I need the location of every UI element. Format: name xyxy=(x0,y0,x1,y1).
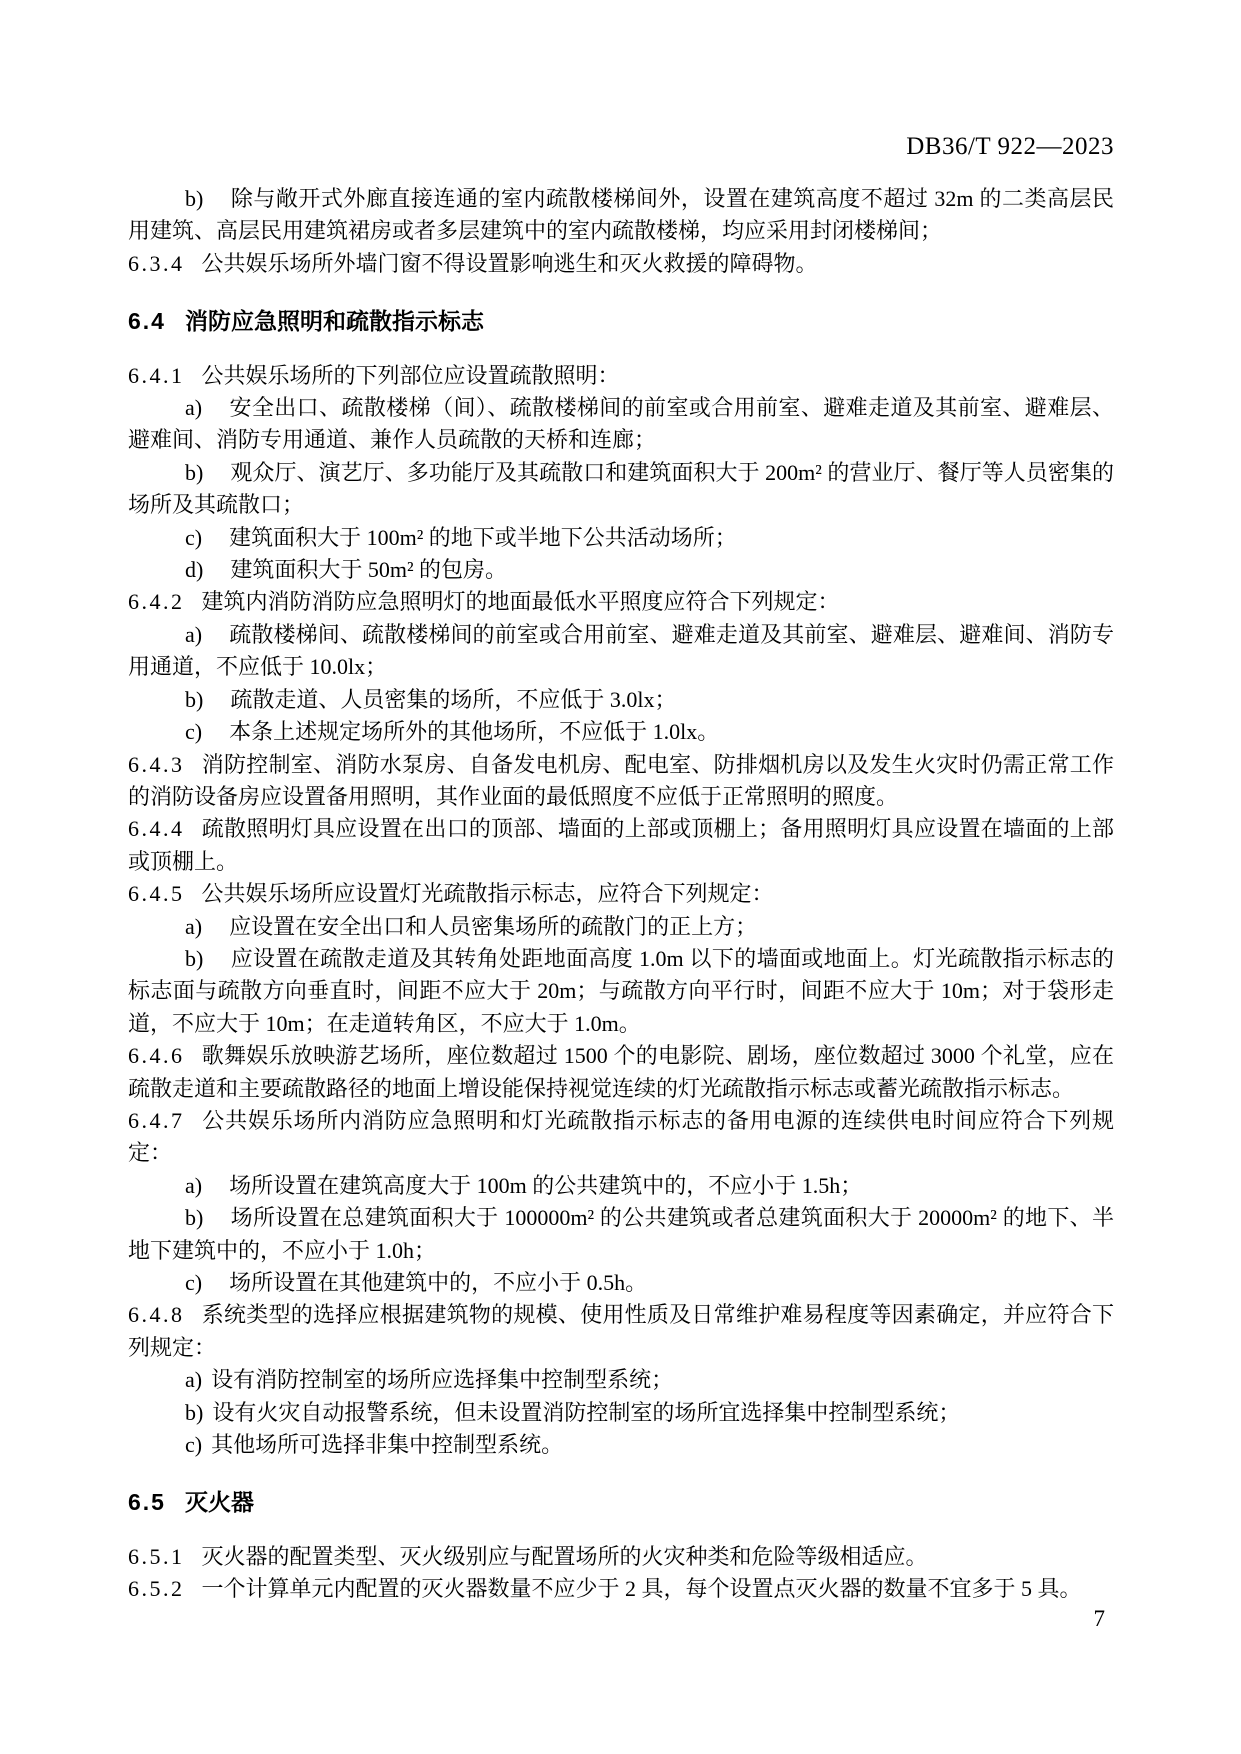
page-number: 7 xyxy=(1094,1606,1106,1632)
heading-number: 6.5 xyxy=(128,1489,166,1515)
clause-number: 6.4.7 xyxy=(128,1108,185,1133)
list-item-label: b) xyxy=(185,186,203,211)
list-item-text: 观众厅、演艺厅、多功能厅及其疏散口和建筑面积大于 200m² 的营业厅、餐厅等人… xyxy=(128,460,1114,517)
clause-number: 6.4.1 xyxy=(128,363,185,388)
clause-number: 6.4.5 xyxy=(128,881,185,906)
list-item-a-above-doors: a)应设置在安全出口和人员密集场所的疏散门的正上方； xyxy=(128,911,1114,943)
clause-text: 灭火器的配置类型、灭火级别应与配置场所的火灾种类和危险等级相适应。 xyxy=(202,1544,928,1569)
clause-6-4-2: 6.4.2建筑内消防消防应急照明灯的地面最低水平照度应符合下列规定： xyxy=(128,586,1114,618)
list-item-label: b) xyxy=(185,687,203,712)
clause-6-4-4: 6.4.4疏散照明灯具应设置在出口的顶部、墙面的上部或顶棚上；备用照明灯具应设置… xyxy=(128,813,1114,878)
heading-number: 6.4 xyxy=(128,308,166,334)
list-item-text: 疏散走道、人员密集的场所，不应低于 3.0lx； xyxy=(230,687,676,712)
section-heading-6-5: 6.5灭火器 xyxy=(128,1486,1114,1518)
list-item-a-exits: a)安全出口、疏散楼梯（间）、疏散楼梯间的前室或合用前室、避难走道及其前室、避难… xyxy=(128,392,1114,457)
list-item-text: 疏散楼梯间、疏散楼梯间的前室或合用前室、避难走道及其前室、避难层、避难间、消防专… xyxy=(128,622,1114,679)
list-item-label: b) xyxy=(185,1400,203,1425)
clause-6-5-1: 6.5.1灭火器的配置类型、灭火级别应与配置场所的火灾种类和危险等级相适应。 xyxy=(128,1541,1114,1573)
list-item-label: b) xyxy=(185,1205,203,1230)
clause-text: 公共娱乐场所外墙门窗不得设置影响逃生和灭火救援的障碍物。 xyxy=(202,251,818,276)
list-item-text: 安全出口、疏散楼梯（间）、疏散楼梯间的前室或合用前室、避难走道及其前室、避难层、… xyxy=(128,395,1114,452)
heading-title: 灭火器 xyxy=(185,1489,254,1515)
list-item-b-1-0h: b)场所设置在总建筑面积大于 100000m² 的公共建筑或者总建筑面积大于 2… xyxy=(128,1202,1114,1267)
list-item-text: 本条上述规定场所外的其他场所，不应低于 1.0lx。 xyxy=(229,719,719,744)
clause-number: 6.4.6 xyxy=(128,1043,185,1068)
clause-number: 6.5.2 xyxy=(128,1576,185,1601)
clause-number: 6.4.4 xyxy=(128,816,185,841)
section-heading-6-4: 6.4消防应急照明和疏散指示标志 xyxy=(128,305,1114,337)
clause-6-4-8: 6.4.8系统类型的选择应根据建筑物的规模、使用性质及日常维护难易程度等因素确定… xyxy=(128,1299,1114,1364)
list-item-label: d) xyxy=(185,557,203,582)
list-item-label: c) xyxy=(185,1270,202,1295)
list-item-a-10lx: a)疏散楼梯间、疏散楼梯间的前室或合用前室、避难走道及其前室、避难层、避难间、消… xyxy=(128,619,1114,684)
list-item-text: 其他场所可选择非集中控制型系统。 xyxy=(211,1432,563,1457)
clause-text: 歌舞娱乐放映游艺场所，座位数超过 1500 个的电影院、剧场，座位数超过 300… xyxy=(128,1043,1114,1100)
list-item-label: c) xyxy=(185,1432,202,1457)
list-item-text: 场所设置在建筑高度大于 100m 的公共建筑中的，不应小于 1.5h； xyxy=(229,1173,862,1198)
list-item-label: a) xyxy=(185,914,202,939)
clause-6-5-2: 6.5.2一个计算单元内配置的灭火器数量不应少于 2 具，每个设置点灭火器的数量… xyxy=(128,1573,1114,1605)
clause-6-3-4: 6.3.4公共娱乐场所外墙门窗不得设置影响逃生和灭火救援的障碍物。 xyxy=(128,248,1114,280)
clause-text: 公共娱乐场所内消防应急照明和灯光疏散指示标志的备用电源的连续供电时间应符合下列规… xyxy=(128,1108,1114,1165)
list-item-label: a) xyxy=(185,395,202,420)
document-code-header: DB36/T 922—2023 xyxy=(128,132,1114,162)
list-item-c-1lx: c)本条上述规定场所外的其他场所，不应低于 1.0lx。 xyxy=(128,716,1114,748)
clause-number: 6.3.4 xyxy=(128,251,185,276)
list-item-label: c) xyxy=(185,719,202,744)
clause-text: 系统类型的选择应根据建筑物的规模、使用性质及日常维护难易程度等因素确定，并应符合… xyxy=(128,1302,1114,1359)
list-item-text: 除与敞开式外廊直接连通的室内疏散楼梯间外，设置在建筑高度不超过 32m 的二类高… xyxy=(128,186,1114,243)
page-content: DB36/T 922—2023 b)除与敞开式外廊直接连通的室内疏散楼梯间外，设… xyxy=(128,132,1114,1606)
document-page: DB36/T 922—2023 b)除与敞开式外廊直接连通的室内疏散楼梯间外，设… xyxy=(0,0,1241,1754)
heading-title: 消防应急照明和疏散指示标志 xyxy=(185,308,484,334)
clause-6-4-1: 6.4.1公共娱乐场所的下列部位应设置疏散照明： xyxy=(128,360,1114,392)
clause-number: 6.4.8 xyxy=(128,1302,185,1327)
list-item-b-stairwells: b)除与敞开式外廊直接连通的室内疏散楼梯间外，设置在建筑高度不超过 32m 的二… xyxy=(128,183,1114,248)
clause-6-4-5: 6.4.5公共娱乐场所应设置灯光疏散指示标志，应符合下列规定： xyxy=(128,878,1114,910)
list-item-label: a) xyxy=(185,622,202,647)
clause-number: 6.4.3 xyxy=(128,752,185,777)
list-item-b-halls: b)观众厅、演艺厅、多功能厅及其疏散口和建筑面积大于 200m² 的营业厅、餐厅… xyxy=(128,457,1114,522)
list-item-text: 设有消防控制室的场所应选择集中控制型系统； xyxy=(211,1367,673,1392)
list-item-c-0-5h: c)场所设置在其他建筑中的，不应小于 0.5h。 xyxy=(128,1267,1114,1299)
list-item-text: 场所设置在总建筑面积大于 100000m² 的公共建筑或者总建筑面积大于 200… xyxy=(128,1205,1114,1262)
list-item-label: b) xyxy=(185,460,203,485)
clause-6-4-7: 6.4.7公共娱乐场所内消防应急照明和灯光疏散指示标志的备用电源的连续供电时间应… xyxy=(128,1105,1114,1170)
list-item-b-3lx: b)疏散走道、人员密集的场所，不应低于 3.0lx； xyxy=(128,684,1114,716)
list-item-b-alarm-system: b)设有火灾自动报警系统，但未设置消防控制室的场所宜选择集中控制型系统； xyxy=(128,1397,1114,1429)
list-item-text: 应设置在安全出口和人员密集场所的疏散门的正上方； xyxy=(229,914,757,939)
list-item-a-1-5h: a)场所设置在建筑高度大于 100m 的公共建筑中的，不应小于 1.5h； xyxy=(128,1170,1114,1202)
list-item-text: 建筑面积大于 100m² 的地下或半地下公共活动场所； xyxy=(229,525,737,550)
clause-6-4-6: 6.4.6歌舞娱乐放映游艺场所，座位数超过 1500 个的电影院、剧场，座位数超… xyxy=(128,1040,1114,1105)
list-item-c-non-centralized: c)其他场所可选择非集中控制型系统。 xyxy=(128,1429,1114,1461)
list-item-label: b) xyxy=(185,946,203,971)
list-item-label: a) xyxy=(185,1367,202,1392)
list-item-text: 建筑面积大于 50m² 的包房。 xyxy=(230,557,507,582)
clause-6-4-3: 6.4.3消防控制室、消防水泵房、自备发电机房、配电室、防排烟机房以及发生火灾时… xyxy=(128,749,1114,814)
clause-text: 消防控制室、消防水泵房、自备发电机房、配电室、防排烟机房以及发生火灾时仍需正常工… xyxy=(128,752,1114,809)
clause-number: 6.4.2 xyxy=(128,589,185,614)
clause-text: 疏散照明灯具应设置在出口的顶部、墙面的上部或顶棚上；备用照明灯具应设置在墙面的上… xyxy=(128,816,1114,873)
list-item-label: c) xyxy=(185,525,202,550)
clause-text: 一个计算单元内配置的灭火器数量不应少于 2 具，每个设置点灭火器的数量不宜多于 … xyxy=(202,1576,1082,1601)
list-item-d-rooms: d)建筑面积大于 50m² 的包房。 xyxy=(128,554,1114,586)
list-item-a-centralized: a)设有消防控制室的场所应选择集中控制型系统； xyxy=(128,1364,1114,1396)
list-item-c-basement: c)建筑面积大于 100m² 的地下或半地下公共活动场所； xyxy=(128,522,1114,554)
list-item-label: a) xyxy=(185,1173,202,1198)
clause-number: 6.5.1 xyxy=(128,1544,185,1569)
clause-text: 公共娱乐场所应设置灯光疏散指示标志，应符合下列规定： xyxy=(202,881,774,906)
document-body: b)除与敞开式外廊直接连通的室内疏散楼梯间外，设置在建筑高度不超过 32m 的二… xyxy=(128,183,1114,1606)
clause-text: 公共娱乐场所的下列部位应设置疏散照明： xyxy=(202,363,620,388)
list-item-text: 设有火灾自动报警系统，但未设置消防控制室的场所宜选择集中控制型系统； xyxy=(212,1400,960,1425)
list-item-b-corridor-signs: b)应设置在疏散走道及其转角处距地面高度 1.0m 以下的墙面或地面上。灯光疏散… xyxy=(128,943,1114,1040)
list-item-text: 应设置在疏散走道及其转角处距地面高度 1.0m 以下的墙面或地面上。灯光疏散指示… xyxy=(128,946,1114,1036)
clause-text: 建筑内消防消防应急照明灯的地面最低水平照度应符合下列规定： xyxy=(202,589,840,614)
list-item-text: 场所设置在其他建筑中的，不应小于 0.5h。 xyxy=(229,1270,647,1295)
